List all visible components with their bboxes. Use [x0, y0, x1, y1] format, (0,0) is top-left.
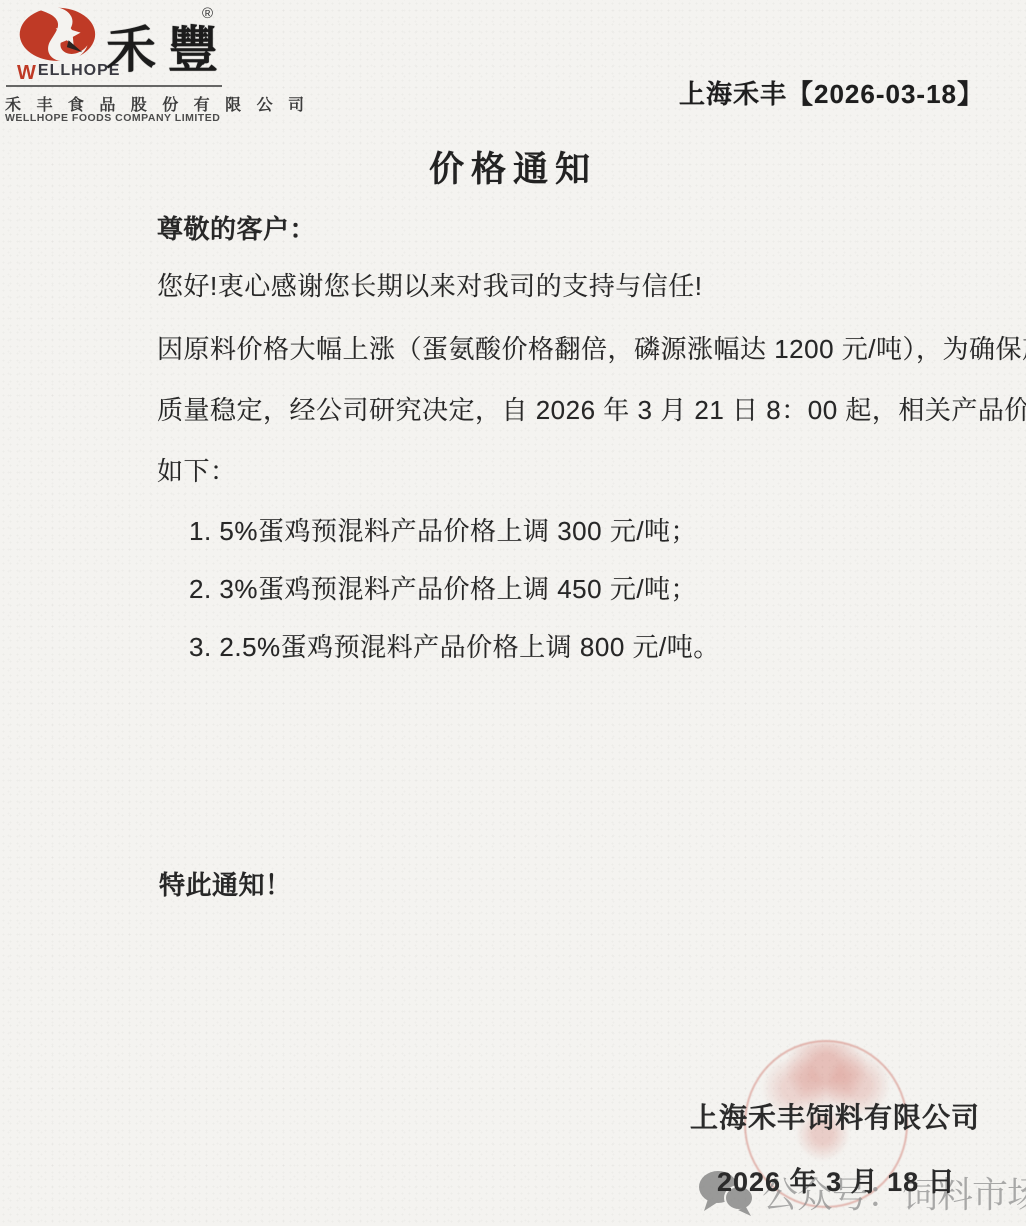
paragraph-line: 如下： — [157, 451, 237, 488]
greeting-line: 您好!衷心感谢您长期以来对我司的支持与信任! — [157, 266, 702, 303]
letterhead-divider — [6, 85, 222, 87]
salutation: 尊敬的客户： — [157, 209, 316, 246]
signature-company: 上海禾丰饲料有限公司 — [690, 1096, 980, 1136]
document-reference-number: 上海禾丰【2026-03-18】 — [679, 74, 984, 111]
page-title: 价格通知 — [0, 142, 1026, 192]
wellhope-wordmark: WELLHOPE — [17, 62, 120, 80]
signature-date: 2026 年 3 月 18 日 — [717, 1160, 956, 1199]
price-list-item: 1. 5%蛋鸡预混料产品价格上调 300 元/吨； — [189, 511, 697, 548]
registered-trademark-symbol: ® — [202, 5, 213, 22]
wordmark-w: W — [17, 66, 37, 80]
company-name-english: WELLHOPE FOODS COMPANY LIMITED — [5, 112, 220, 124]
wellhope-logo-icon — [16, 6, 104, 66]
paragraph-line: 因原料价格大幅上涨（蛋氨酸价格翻倍，磷源涨幅达 1200 元/吨），为确保产品 — [157, 329, 1026, 366]
price-list-item: 3. 2.5%蛋鸡预混料产品价格上调 800 元/吨。 — [189, 627, 720, 664]
paragraph-line: 质量稳定，经公司研究决定，自 2026 年 3 月 21 日 8：00 起，相关… — [157, 390, 1026, 427]
closing-line: 特此通知！ — [159, 865, 292, 902]
price-list-item: 2. 3%蛋鸡预混料产品价格上调 450 元/吨； — [189, 569, 697, 606]
